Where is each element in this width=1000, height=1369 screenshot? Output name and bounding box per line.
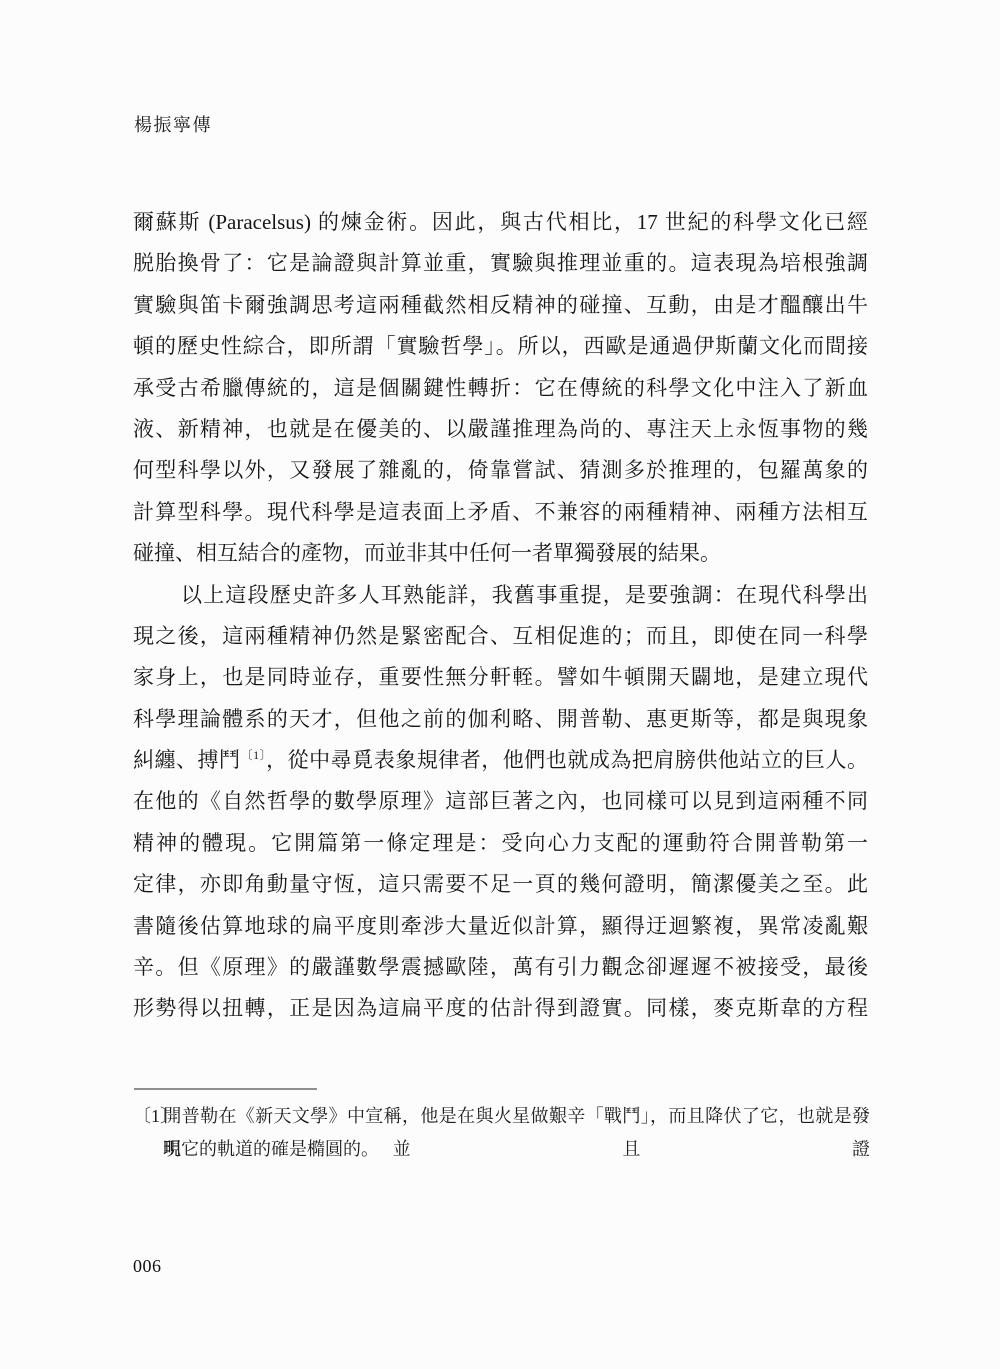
footnote-line: 〔1〕開普勒在《新天文學》中宣稱，他是在與火星做艱辛「戰鬥」，而且降伏了它，也就… [163,1100,870,1133]
text-line: 精神的體現。它開篇第一條定理是：受向心力支配的運動符合開普勒第一 [133,823,868,864]
footnote-reference-marker: 〔1〕 [241,748,267,762]
text-line: 實驗與笛卡爾強調思考這兩種截然相反精神的碰撞、互動，由是才醞釀出牛 [133,285,868,326]
footnote-label: 〔1〕 [133,1100,163,1133]
text-line: 液、新精神，也就是在優美的、以嚴謹推理為尚的、專注天上永恆事物的幾 [133,409,868,450]
text-line: 書隨後估算地球的扁平度則牽涉大量近似計算，顯得迂迴繁複，異常凌亂艱 [133,906,868,947]
book-page: 楊振寧傳 爾蘇斯 (Paracelsus) 的煉金術。因此，與古代相比，17 世… [0,0,1000,1369]
text-segment: ，從中尋覓表象規律者，他們也就成為把肩膀供他站立的巨人。 [266,748,868,772]
text-line: 定律，亦即角動量守恆，這只需要不足一頁的幾何證明，簡潔優美之至。此 [133,864,868,905]
page-number: 006 [133,1256,162,1277]
footnote: 〔1〕開普勒在《新天文學》中宣稱，他是在與火星做艱辛「戰鬥」，而且降伏了它，也就… [133,1100,870,1166]
footnote-entry: 〔1〕開普勒在《新天文學》中宣稱，他是在與火星做艱辛「戰鬥」，而且降伏了它，也就… [133,1100,870,1166]
text-line: 在他的《自然哲學的數學原理》這部巨著之內，也同樣可以見到這兩種不同 [133,781,868,822]
text-line: 脱胎換骨了：它是論證與計算並重，實驗與推理並重的。這表現為培根強調 [133,243,868,284]
text-line-paragraph-start: 以上這段歷史許多人耳熟能詳，我舊事重提，是要強調：在現代科學出 [133,575,868,616]
text-line: 爾蘇斯 (Paracelsus) 的煉金術。因此，與古代相比，17 世紀的科學文… [133,202,868,243]
text-line-with-footnote-ref: 糾纏、搏鬥〔1〕，從中尋覓表象規律者，他們也就成為把肩膀供他站立的巨人。 [133,740,868,781]
text-line: 現之後，這兩種精神仍然是緊密配合、互相促進的；而且，即使在同一科學 [133,616,868,657]
footnote-divider [134,1088,317,1090]
text-line: 頓的歷史性綜合，即所謂「實驗哲學」。所以，西歐是通過伊斯蘭文化而間接 [133,326,868,367]
body-text: 爾蘇斯 (Paracelsus) 的煉金術。因此，與古代相比，17 世紀的科學文… [133,202,868,1030]
text-line: 何型科學以外，又發展了雜亂的，倚靠嘗試、猜測多於推理的，包羅萬象的 [133,450,868,491]
text-line: 家身上，也是同時並存，重要性無分軒輊。譬如牛頓開天闢地，是建立現代 [133,657,868,698]
text-line: 計算型科學。現代科學是這表面上矛盾、不兼容的兩種精神、兩種方法相互 [133,492,868,533]
text-line: 形勢得以扭轉，正是因為這扁平度的估計得到證實。同樣，麥克斯韋的方程 [133,988,868,1029]
text-line: 辛。但《原理》的嚴謹數學震撼歐陸，萬有引力觀念卻遲遲不被接受，最後 [133,947,868,988]
text-line-paragraph-end: 碰撞、相互結合的產物，而並非其中任何一者單獨發展的結果。 [133,533,868,574]
text-line: 承受古希臘傳統的，這是個關鍵性轉折：它在傳統的科學文化中注入了新血 [133,368,868,409]
running-header: 楊振寧傳 [134,111,212,137]
text-line: 科學理論體系的天才，但他之前的伽利略、開普勒、惠更斯等，都是與現象 [133,699,868,740]
text-segment: 糾纏、搏鬥 [133,748,241,772]
